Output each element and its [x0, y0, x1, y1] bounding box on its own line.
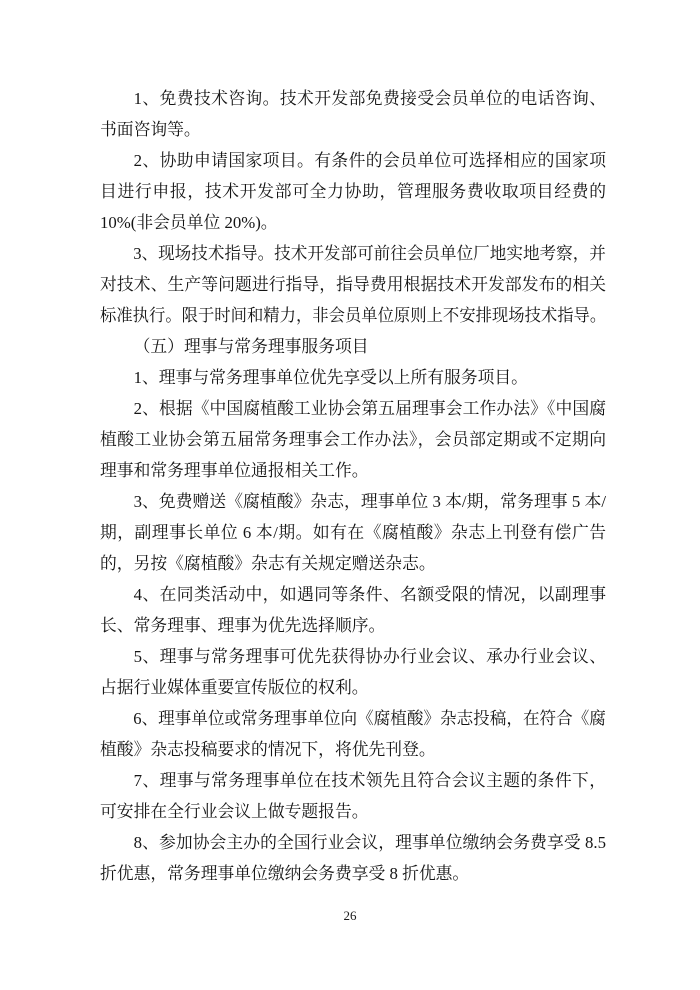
text-line: 3、现场技术指导。技术开发部可前往会员单位厂地实地考察，并: [100, 238, 600, 269]
paragraph: 1、理事与常务理事单位优先享受以上所有服务项目。: [100, 362, 606, 393]
text-line: 2、根据《中国腐植酸工业协会第五届理事会工作办法》《中国腐: [100, 393, 606, 424]
text-line: 3、免费赠送《腐植酸》杂志，理事单位 3 本/期，常务理事 5 本/: [100, 486, 606, 517]
text-line: 书面咨询等。: [100, 114, 606, 145]
text-line: 7、理事与常务理事单位在技术领先且符合会议主题的条件下，: [100, 765, 606, 796]
text-line: 占据行业媒体重要宣传版位的权利。: [100, 672, 606, 703]
text-line: 6、理事单位或常务理事单位向《腐植酸》杂志投稿，在符合《腐: [100, 703, 600, 734]
text-line: 目进行申报，技术开发部可全力协助，管理服务费收取项目经费的: [100, 176, 606, 207]
section-heading: （五）理事与常务理事服务项目: [100, 331, 606, 362]
text-line: 期，副理事长单位 6 本/期。如有在《腐植酸》杂志上刊登有偿广告: [100, 517, 606, 548]
text-line: 1、理事与常务理事单位优先享受以上所有服务项目。: [100, 362, 606, 393]
paragraph: 1、免费技术咨询。技术开发部免费接受会员单位的电话咨询、书面咨询等。: [100, 83, 606, 145]
text-line: 8、参加协会主办的全国行业会议，理事单位缴纳会务费享受 8.5: [100, 827, 606, 858]
paragraph: 2、根据《中国腐植酸工业协会第五届理事会工作办法》《中国腐植酸工业协会第五届常务…: [100, 393, 606, 486]
text-line: 4、在同类活动中，如遇同等条件、名额受限的情况，以副理事: [100, 579, 606, 610]
document-page: 1、免费技术咨询。技术开发部免费接受会员单位的电话咨询、书面咨询等。2、协助申请…: [0, 0, 700, 990]
paragraph: 8、参加协会主办的全国行业会议，理事单位缴纳会务费享受 8.5折优惠，常务理事单…: [100, 827, 606, 889]
text-line: 折优惠，常务理事单位缴纳会务费享受 8 折优惠。: [100, 858, 606, 889]
text-line: 2、协助申请国家项目。有条件的会员单位可选择相应的国家项: [100, 145, 606, 176]
text-line: （五）理事与常务理事服务项目: [100, 331, 606, 362]
text-line: 植酸》杂志投稿要求的情况下，将优先刊登。: [100, 734, 606, 765]
text-line: 10%(非会员单位 20%)。: [100, 207, 606, 238]
paragraph: 4、在同类活动中，如遇同等条件、名额受限的情况，以副理事长、常务理事、理事为优先…: [100, 579, 606, 641]
text-line: 长、常务理事、理事为优先选择顺序。: [100, 610, 606, 641]
paragraph: 2、协助申请国家项目。有条件的会员单位可选择相应的国家项目进行申报，技术开发部可…: [100, 145, 606, 238]
paragraph: 5、理事与常务理事可优先获得协办行业会议、承办行业会议、占据行业媒体重要宣传版位…: [100, 641, 606, 703]
paragraph: 3、现场技术指导。技术开发部可前往会员单位厂地实地考察，并对技术、生产等问题进行…: [100, 238, 606, 331]
text-line: 植酸工业协会第五届常务理事会工作办法》，会员部定期或不定期向: [100, 424, 606, 455]
paragraph: 6、理事单位或常务理事单位向《腐植酸》杂志投稿，在符合《腐植酸》杂志投稿要求的情…: [100, 703, 606, 765]
document-body: 1、免费技术咨询。技术开发部免费接受会员单位的电话咨询、书面咨询等。2、协助申请…: [100, 83, 606, 889]
page-number: 26: [0, 907, 700, 925]
text-line: 1、免费技术咨询。技术开发部免费接受会员单位的电话咨询、: [100, 83, 606, 114]
text-line: 理事和常务理事单位通报相关工作。: [100, 455, 606, 486]
text-line: 5、理事与常务理事可优先获得协办行业会议、承办行业会议、: [100, 641, 606, 672]
paragraph: 3、免费赠送《腐植酸》杂志，理事单位 3 本/期，常务理事 5 本/期，副理事长…: [100, 486, 606, 579]
text-line: 的，另按《腐植酸》杂志有关规定赠送杂志。: [100, 548, 606, 579]
text-line: 可安排在全行业会议上做专题报告。: [100, 796, 606, 827]
text-line: 标准执行。限于时间和精力，非会员单位原则上不安排现场技术指导。: [100, 300, 592, 331]
paragraph: 7、理事与常务理事单位在技术领先且符合会议主题的条件下，可安排在全行业会议上做专…: [100, 765, 606, 827]
text-line: 对技术、生产等问题进行指导，指导费用根据技术开发部发布的相关: [100, 269, 606, 300]
